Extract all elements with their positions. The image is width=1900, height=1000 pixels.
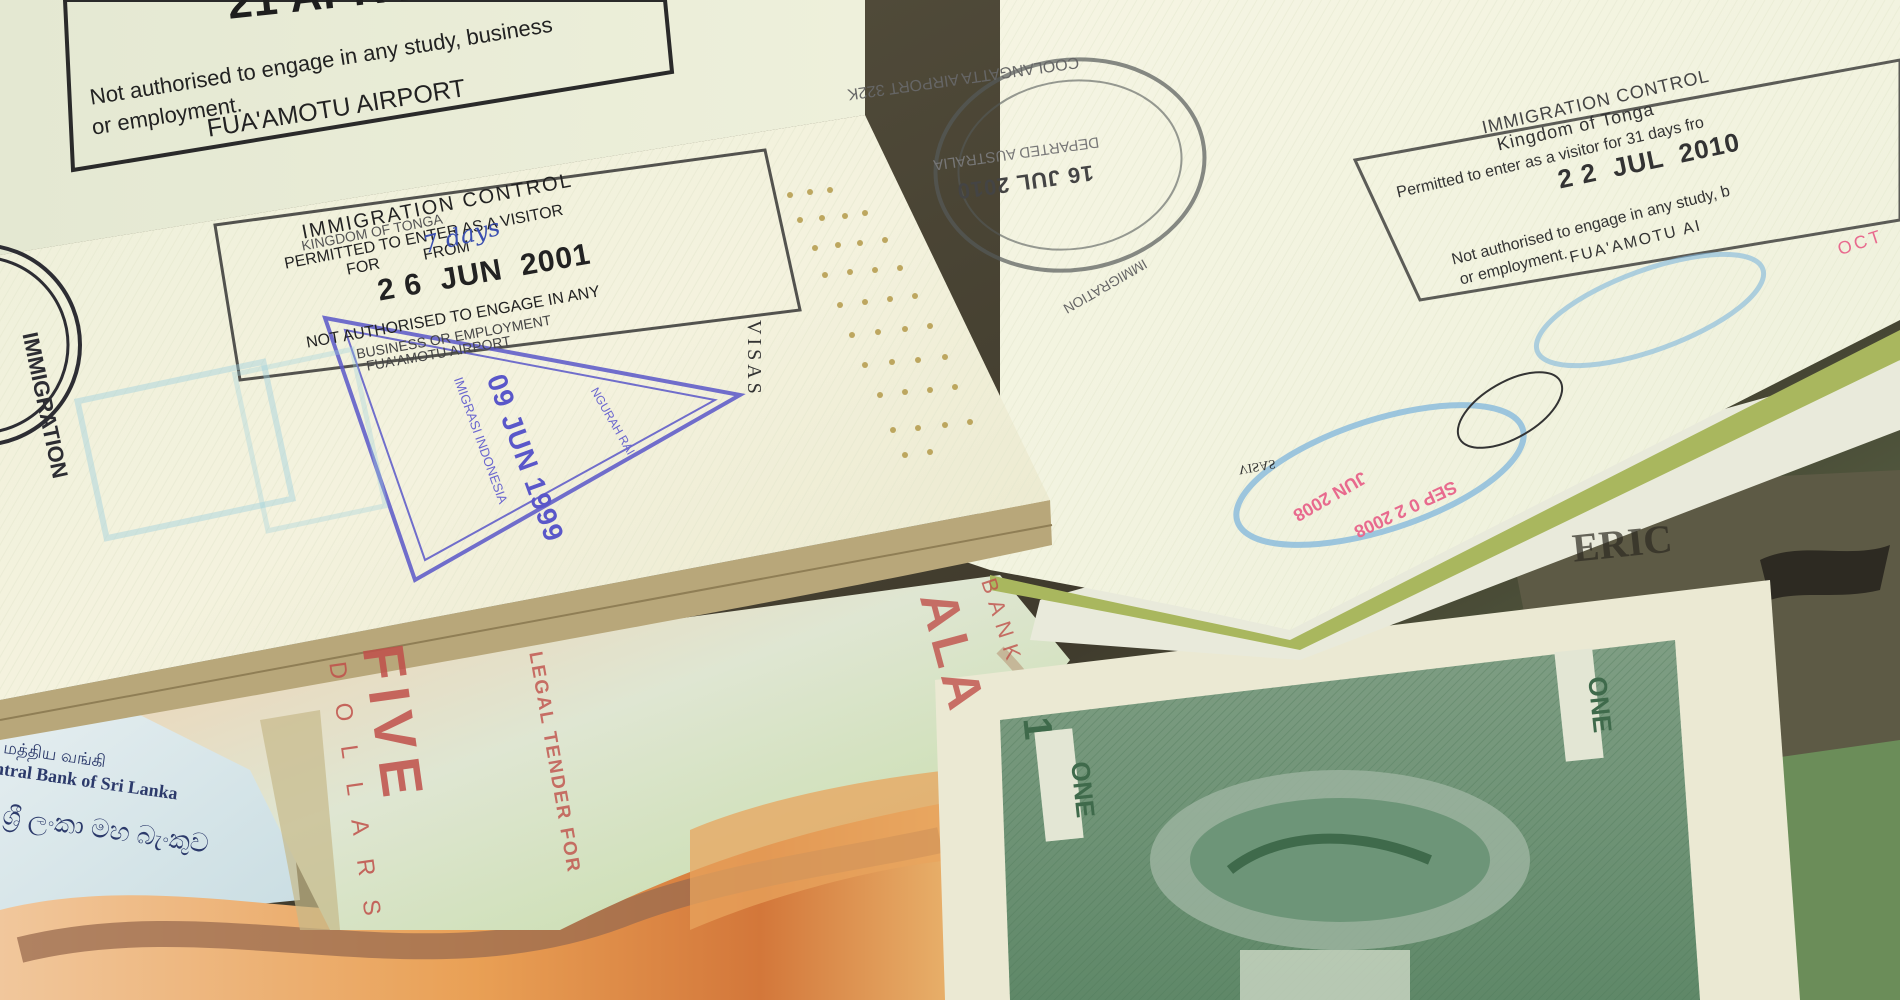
usd-digit: 1 [1013,715,1060,742]
usd-denomination-left: ONE [1064,760,1101,819]
page-label-visas: VISAS [742,320,765,398]
usd-denomination-right: ONE [1581,675,1618,734]
photo-scene: 21 APR 200_ Not authorised to engage in … [0,0,1900,1000]
